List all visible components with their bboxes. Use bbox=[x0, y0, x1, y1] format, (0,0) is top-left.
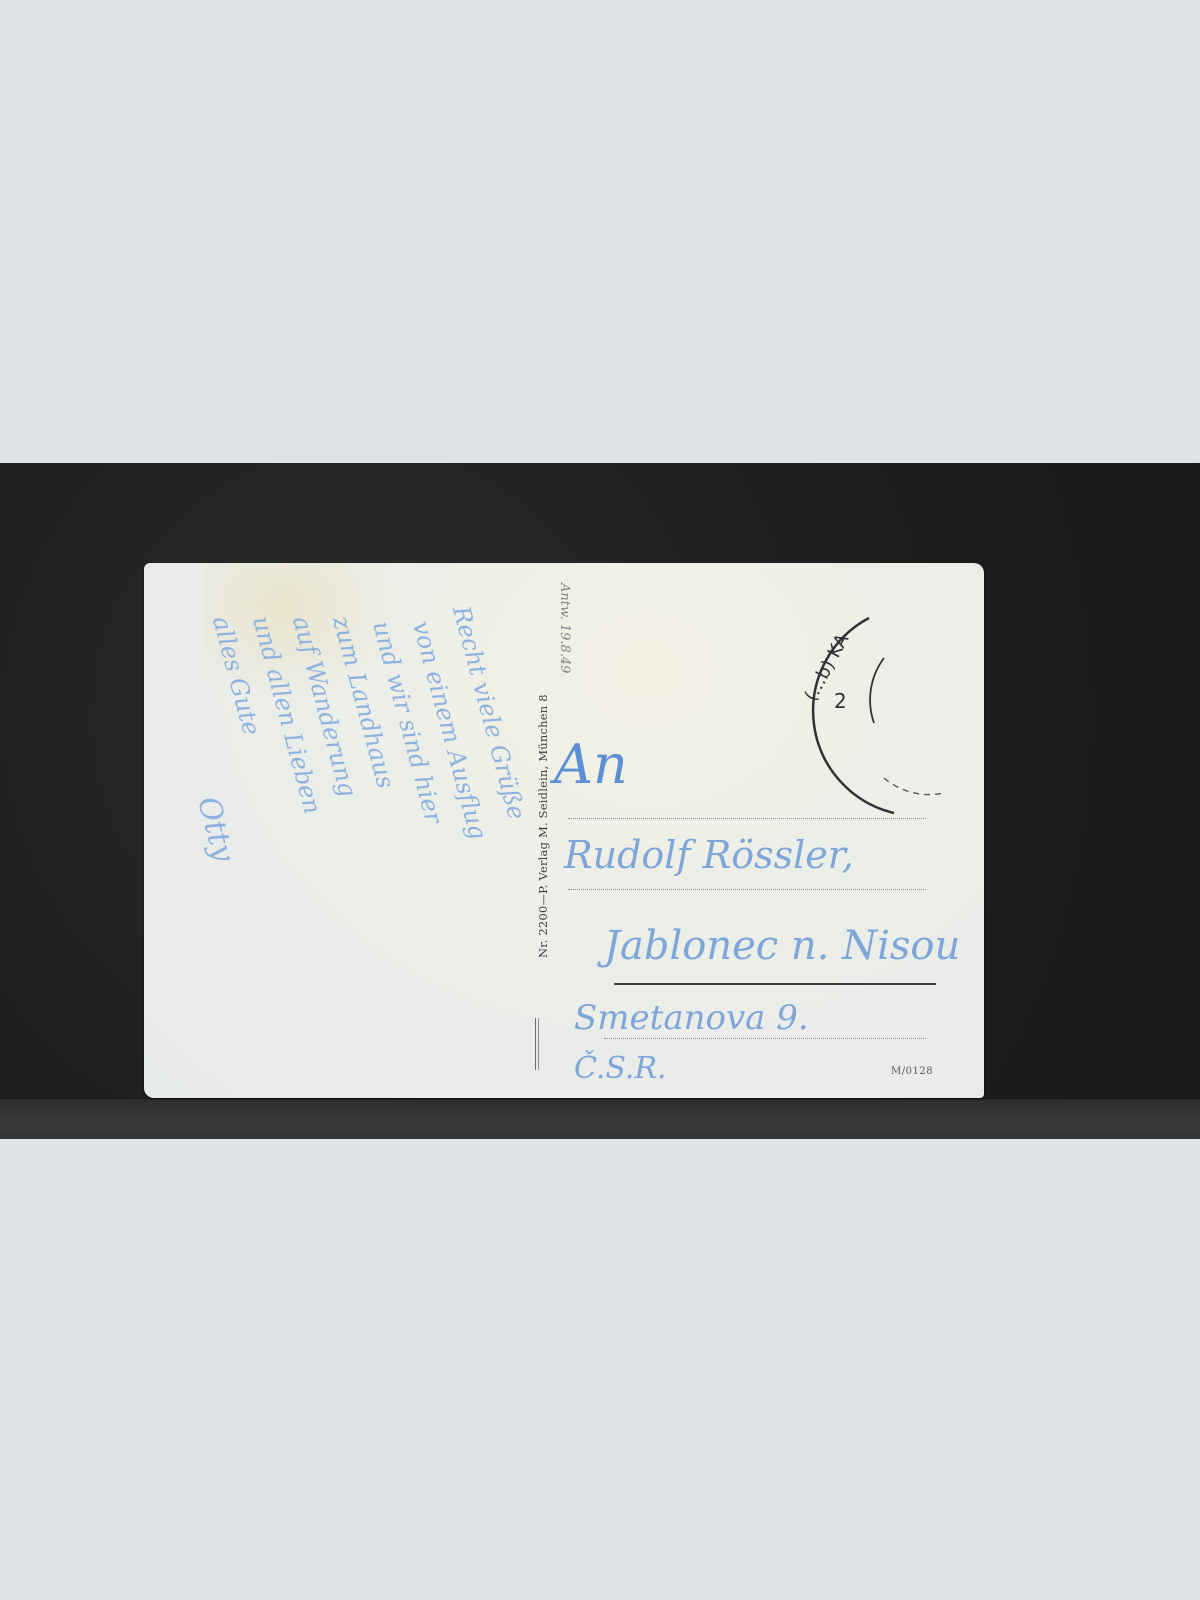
center-divider-lower bbox=[535, 1018, 536, 1070]
address-line-3 bbox=[614, 983, 936, 985]
display-shelf-ledge bbox=[0, 1098, 1200, 1139]
address-street: Smetanova 9. bbox=[574, 998, 809, 1038]
postcard-back: Recht viele Grüße von einem Ausflug und … bbox=[144, 563, 984, 1098]
catalog-code: M/0128 bbox=[891, 1066, 933, 1077]
address-line-1 bbox=[568, 818, 926, 819]
publisher-imprint: Nr. 2200—P. Verlag M. Seidlein, München … bbox=[536, 694, 550, 958]
svg-text:2: 2 bbox=[834, 689, 847, 713]
address-line-4 bbox=[604, 1038, 926, 1039]
handwritten-message: Recht viele Grüße von einem Ausflug und … bbox=[184, 583, 514, 1083]
address-country: Č.S.R. bbox=[574, 1051, 667, 1086]
signature: Otty bbox=[190, 793, 241, 865]
address-name: Rudolf Rössler, bbox=[564, 833, 854, 877]
address-salutation: An bbox=[554, 733, 628, 796]
address-city: Jablonec n. Nisou bbox=[604, 923, 960, 969]
pencil-reply-note: Antw. 19.8.49 bbox=[557, 583, 572, 673]
postmark-stamp-icon: (…b) KA 2 bbox=[774, 613, 984, 833]
address-line-2 bbox=[568, 889, 926, 890]
